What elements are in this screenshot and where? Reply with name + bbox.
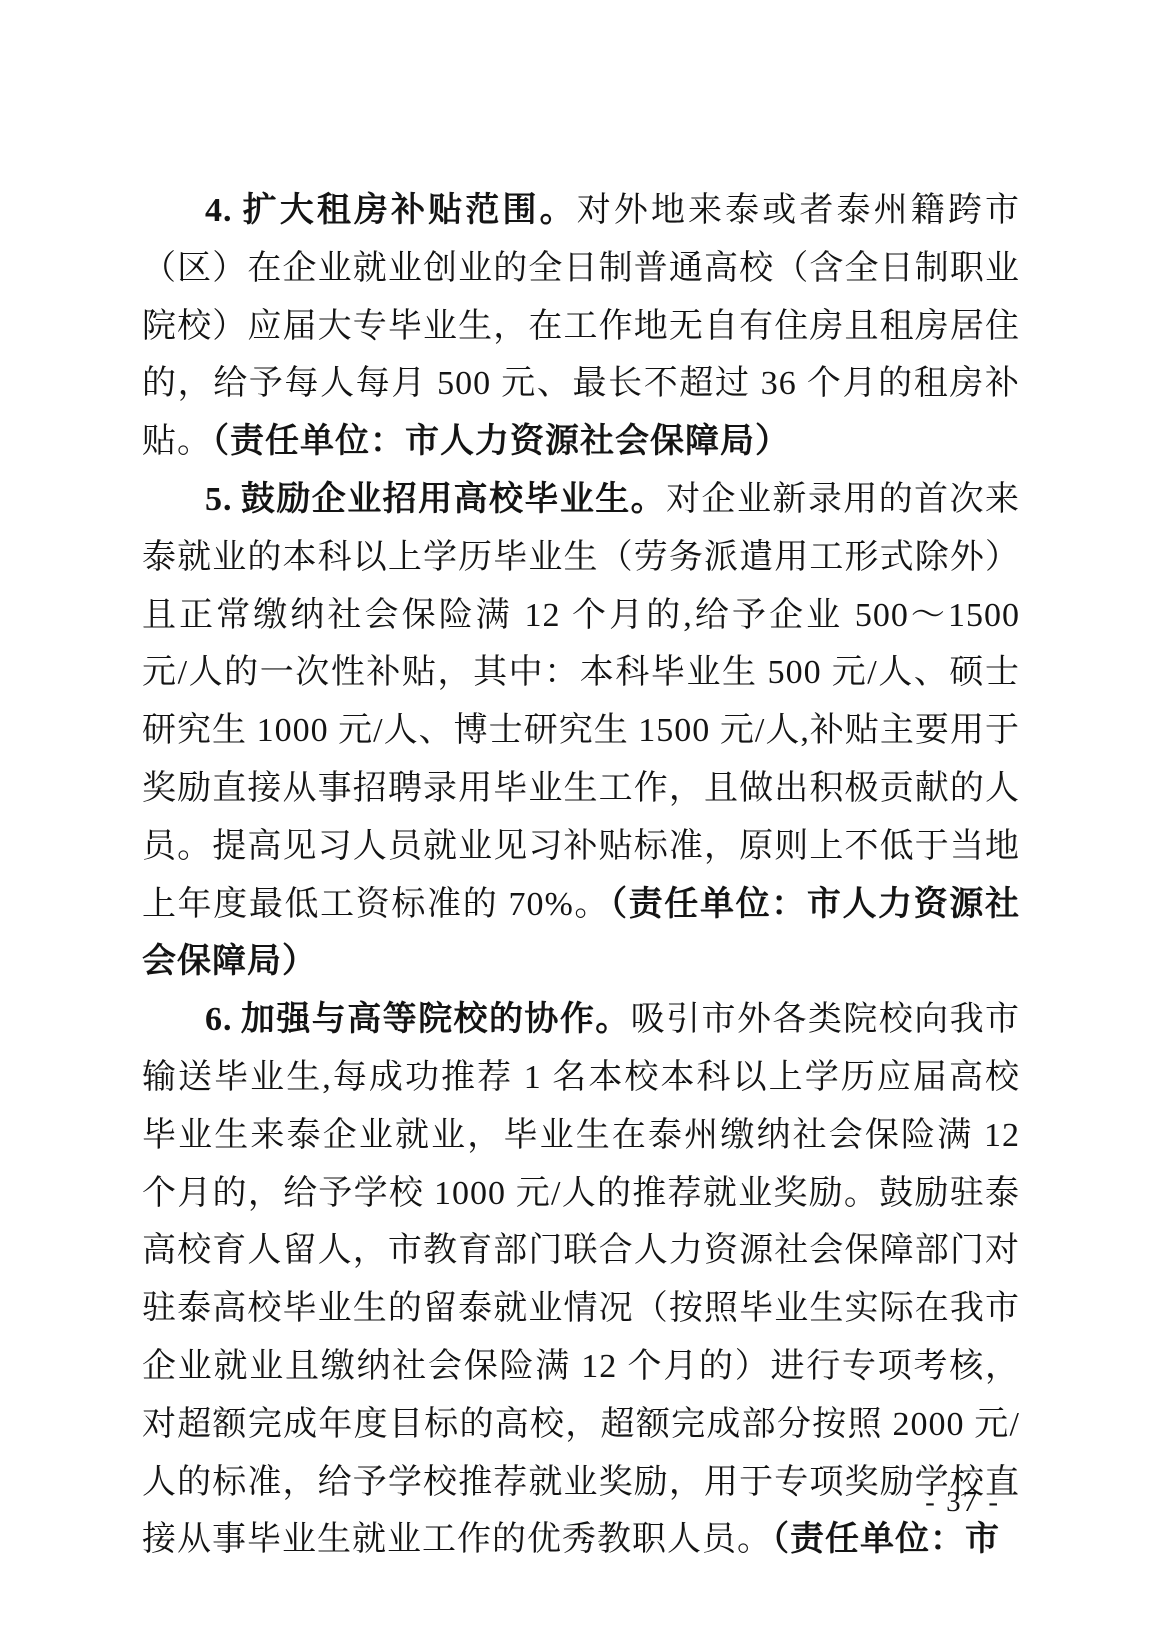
item-4-body: 对外地来泰或者泰州籍跨市（区）在企业就业创业的全日制普通高校（含全日制职业院校）… bbox=[142, 192, 1020, 460]
item-6-number: 6. bbox=[205, 1001, 241, 1038]
item-5-title: 鼓励企业招用高校毕业生。 bbox=[241, 481, 667, 518]
item-4-title: 扩大租房补贴范围。 bbox=[241, 192, 577, 229]
paragraph-item-5: 5.鼓励企业招用高校毕业生。对企业新录用的首次来泰就业的本科以上学历毕业生（劳务… bbox=[142, 471, 1020, 991]
item-5-body: 对企业新录用的首次来泰就业的本科以上学历毕业生（劳务派遣用工形式除外）且正常缴纳… bbox=[142, 481, 1020, 923]
item-4-number: 4. bbox=[205, 192, 241, 229]
item-6-responsibility: （责任单位：市 bbox=[772, 1521, 1000, 1558]
page-number: - 37 - bbox=[925, 1486, 1000, 1519]
item-6-title: 加强与高等院校的协作。 bbox=[241, 1001, 631, 1038]
document-body: 4.扩大租房补贴范围。对外地来泰或者泰州籍跨市（区）在企业就业创业的全日制普通高… bbox=[142, 182, 1020, 1569]
paragraph-item-4: 4.扩大租房补贴范围。对外地来泰或者泰州籍跨市（区）在企业就业创业的全日制普通高… bbox=[142, 182, 1020, 471]
item-6-body: 吸引市外各类院校向我市输送毕业生,每成功推荐 1 名本校本科以上学历应届高校毕业… bbox=[142, 1001, 1020, 1558]
paragraph-item-6: 6.加强与高等院校的协作。吸引市外各类院校向我市输送毕业生,每成功推荐 1 名本… bbox=[142, 991, 1020, 1569]
document-page: 4.扩大租房补贴范围。对外地来泰或者泰州籍跨市（区）在企业就业创业的全日制普通高… bbox=[0, 0, 1158, 1637]
item-5-number: 5. bbox=[205, 481, 241, 518]
item-4-responsibility: （责任单位：市人力资源社会保障局） bbox=[212, 423, 790, 460]
